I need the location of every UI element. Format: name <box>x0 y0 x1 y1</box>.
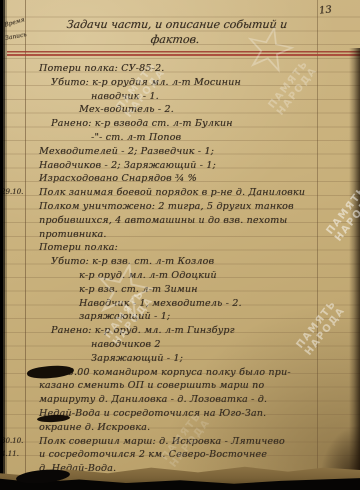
handwritten-line: казано сменить ОП и совершить марш по <box>30 380 348 394</box>
handwritten-text: Наводчиков - 2; Заряжающий - 1; <box>39 160 216 171</box>
handwritten-line: Потери полка: СУ-85-2. <box>30 63 348 77</box>
handwritten-text: пробившихся, 4 автомашины и до взв. пехо… <box>39 215 287 226</box>
handwritten-line: Недай-Вода и сосредоточился на Юго-Зап. <box>30 408 348 422</box>
handwritten-text: Недай-Вода и сосредоточился на Юго-Зап. <box>39 408 266 419</box>
handwritten-line: В 18.00 командиром корпуса полку было пр… <box>30 367 348 381</box>
handwritten-text: окраине д. Искровка. <box>39 422 150 433</box>
page-number: 13 <box>318 4 332 16</box>
handwritten-line: наводчик - 1. <box>30 91 348 105</box>
handwritten-text: и сосредоточился 2 км. Северо-Восточнее <box>39 449 267 460</box>
handwritten-line: Заряжающий - 1; <box>30 353 348 367</box>
handwritten-text: Израсходовано Снарядов ¾ % <box>39 173 197 184</box>
handwritten-text: Потери полка: СУ-85-2. <box>39 63 164 74</box>
handwritten-text: заряжающий - 1; <box>79 311 170 322</box>
handwritten-line: противника. <box>30 229 348 243</box>
handwritten-line: Наводчик - 1, мехводитель - 2. <box>30 298 348 312</box>
handwritten-text: Полк совершил марш: д. Искровка - Лятиче… <box>39 436 285 447</box>
handwritten-line: 4.11.и сосредоточился 2 км. Северо-Восто… <box>30 449 348 463</box>
handwritten-text: наводчиков 2 <box>91 339 161 350</box>
handwritten-line: Потери полка: <box>30 242 348 256</box>
handwritten-line: наводчиков 2 <box>30 339 348 353</box>
scan-right-edge <box>349 48 360 490</box>
page-title-line-1: Задачи части, и описание событий и <box>36 17 318 32</box>
handwritten-line: -"- ст. л-т Попов <box>30 132 348 146</box>
handwritten-text: казано сменить ОП и совершить марш по <box>39 380 264 391</box>
page-title-line-2: фактов. <box>34 32 316 47</box>
handwritten-line: маршруту д. Даниловка - д. Лозоватка - д… <box>30 394 348 408</box>
scan-left-edge <box>0 0 7 490</box>
handwritten-entries: Потери полка: СУ-85-2.Убито: к-р орудия … <box>30 63 348 477</box>
handwritten-text: Полк занимая боевой порядок в р-не д. Да… <box>39 187 305 198</box>
handwritten-line: заряжающий - 1; <box>30 311 348 325</box>
handwritten-text: маршруту д. Даниловка - д. Лозоватка - д… <box>39 394 267 405</box>
handwritten-line: Мехводителей - 2; Разведчик - 1; <box>30 146 348 160</box>
handwritten-text: наводчик - 1. <box>91 91 159 102</box>
handwritten-text: к-р взв. ст. л-т Зимин <box>79 284 198 295</box>
handwritten-line: 29.10.Полк занимая боевой порядок в р-не… <box>30 187 348 201</box>
red-separator-line <box>7 51 360 56</box>
handwritten-line: пробившихся, 4 автомашины и до взв. пехо… <box>30 215 348 229</box>
handwritten-line: к-р взв. ст. л-т Зимин <box>30 284 348 298</box>
handwritten-line: Мех-водитель - 2. <box>30 104 348 118</box>
handwritten-text: Мехводителей - 2; Разведчик - 1; <box>39 146 214 157</box>
handwritten-text: противника. <box>39 229 107 240</box>
handwritten-text: Убито: к-р орудия мл. л-т Мосинин <box>51 77 241 88</box>
handwritten-text: Заряжающий - 1; <box>91 353 183 364</box>
handwritten-text: -"- ст. л-т Попов <box>91 132 181 143</box>
handwritten-text: Полком уничтожено: 2 тигра, 5 других тан… <box>39 201 294 212</box>
handwritten-line: к-р оруд. мл. л-т Одоцкий <box>30 270 348 284</box>
handwritten-text: Мех-водитель - 2. <box>79 104 174 115</box>
handwritten-line: Наводчиков - 2; Заряжающий - 1; <box>30 160 348 174</box>
scanned-war-diary-page: 13 Время Запись Задачи части, и описание… <box>0 0 360 490</box>
handwritten-line: Ранено: к-р оруд. мл. л-т Гинзбург <box>30 325 348 339</box>
page-title: Задачи части, и описание событий и факто… <box>34 17 318 47</box>
handwritten-line: 30.10.Полк совершил марш: д. Искровка - … <box>30 436 348 450</box>
handwritten-text: Ранено: к-р взвода ст. л-т Булкин <box>51 118 233 129</box>
handwritten-text: Ранено: к-р оруд. мл. л-т Гинзбург <box>51 325 235 336</box>
handwritten-text: к-р оруд. мл. л-т Одоцкий <box>79 270 217 281</box>
handwritten-text: Наводчик - 1, мехводитель - 2. <box>79 298 242 309</box>
handwritten-line: Израсходовано Снарядов ¾ % <box>30 173 348 187</box>
handwritten-text: В 18.00 командиром корпуса полку было пр… <box>51 367 291 378</box>
handwritten-line: Полком уничтожено: 2 тигра, 5 других тан… <box>30 201 348 215</box>
margin-vertical-line <box>25 0 26 476</box>
handwritten-line: окраине д. Искровка. <box>30 422 348 436</box>
handwritten-line: Убито: к-р взв. ст. л-т Козлов <box>30 256 348 270</box>
handwritten-text: Потери полка: <box>39 242 118 253</box>
handwritten-line: Убито: к-р орудия мл. л-т Мосинин <box>30 77 348 91</box>
handwritten-line: Ранено: к-р взвода ст. л-т Булкин <box>30 118 348 132</box>
handwritten-text: Убито: к-р взв. ст. л-т Козлов <box>51 256 214 267</box>
